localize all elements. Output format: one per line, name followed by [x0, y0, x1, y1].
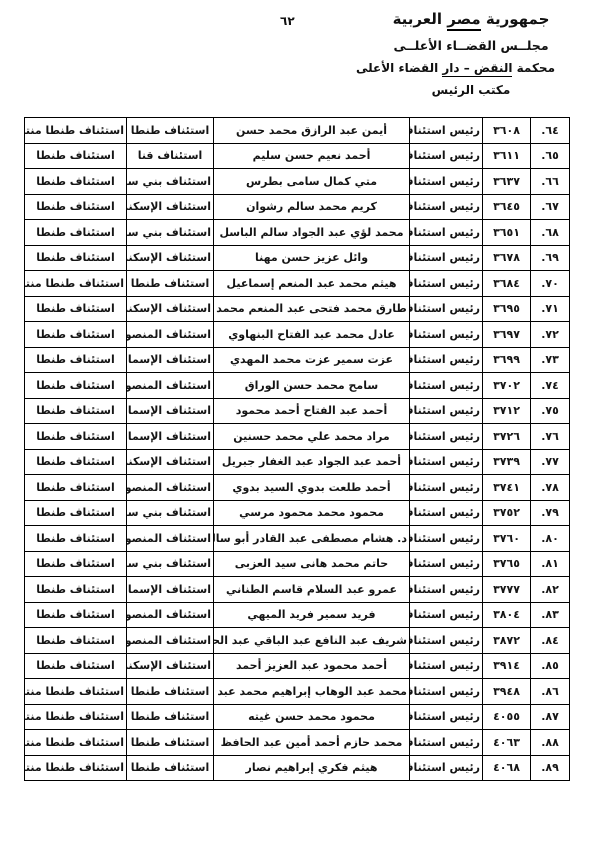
table-row: ٦٦. ٣٦٣٧ رئيس استئناف متي كمال سامى بطرس…: [25, 169, 570, 195]
assignment-cell: استئناف طنطا: [25, 169, 127, 195]
seniority-number-cell: ٣٦٠٨: [483, 118, 531, 144]
judge-name-cell: سامح محمد حسن الوراق: [214, 373, 410, 399]
assignment-cell: استئناف طنطا: [25, 296, 127, 322]
table-row: ٨٨. ٤٠٦٣ رئيس استئناف محمد حازم أحمد أمي…: [25, 730, 570, 756]
job-title-cell: رئيس استئناف: [410, 398, 483, 424]
serial-cell: ٧٧.: [531, 449, 570, 475]
seniority-number-cell: ٣٦٧٨: [483, 245, 531, 271]
office-title: مكتب الرئيس: [387, 83, 555, 97]
seniority-number-cell: ٤٠٥٥: [483, 704, 531, 730]
roster-table-body: ٦٤. ٣٦٠٨ رئيس استئناف أيمن عبد الرازق مح…: [25, 118, 570, 781]
assignment-cell: استئناف طنطا منتدب: [25, 755, 127, 781]
seniority-number-cell: ٤٠٦٨: [483, 755, 531, 781]
judge-name-cell: عزت سمير عزت محمد المهدي: [214, 347, 410, 373]
assignment-cell: استئناف طنطا: [25, 449, 127, 475]
seniority-number-cell: ٣٦٤٥: [483, 194, 531, 220]
job-title-cell: رئيس استئناف: [410, 653, 483, 679]
seniority-number-cell: ٣٧٣٩: [483, 449, 531, 475]
assignment-cell: استئناف طنطا: [25, 475, 127, 501]
seniority-number-cell: ٣٩١٤: [483, 653, 531, 679]
job-title-cell: رئيس استئناف: [410, 755, 483, 781]
original-court-cell: استئناف بني سويف: [127, 500, 214, 526]
job-title-cell: رئيس استئناف: [410, 628, 483, 654]
serial-cell: ٨١.: [531, 551, 570, 577]
document-page: ٦٢ جمهورية مصر العربية مجلــس القضــاء ا…: [0, 0, 595, 842]
original-court-cell: استئناف قنا: [127, 143, 214, 169]
original-court-cell: استئناف الإسكندرية: [127, 245, 214, 271]
table-row: ٨٧. ٤٠٥٥ رئيس استئناف محمود محمد حسن غيت…: [25, 704, 570, 730]
assignment-cell: استئناف طنطا: [25, 373, 127, 399]
page-number: ٦٢: [280, 14, 295, 28]
table-row: ٦٥. ٣٦١١ رئيس استئناف أحمد نعيم حسن سليم…: [25, 143, 570, 169]
seniority-number-cell: ٣٧٢٦: [483, 424, 531, 450]
original-court-cell: استئناف طنطا: [127, 704, 214, 730]
seniority-number-cell: ٣٧٧٧: [483, 577, 531, 603]
seniority-number-cell: ٣٦٨٤: [483, 271, 531, 297]
job-title-cell: رئيس استئناف: [410, 704, 483, 730]
serial-cell: ٨٧.: [531, 704, 570, 730]
original-court-cell: استئناف الإسكندرية: [127, 449, 214, 475]
original-court-cell: استئناف المنصورة: [127, 475, 214, 501]
table-row: ٨٥. ٣٩١٤ رئيس استئناف أحمد محمود عبد الع…: [25, 653, 570, 679]
judge-name-cell: محمود محمد محمود مرسي: [214, 500, 410, 526]
serial-cell: ٧٤.: [531, 373, 570, 399]
judge-name-cell: أحمد طلعت بدوي السيد بدوي: [214, 475, 410, 501]
table-row: ٨٠. ٣٧٦٠ رئيس استئناف د. هشام مصطفى عبد …: [25, 526, 570, 552]
serial-cell: ٨٥.: [531, 653, 570, 679]
serial-cell: ٦٧.: [531, 194, 570, 220]
seniority-number-cell: ٣٦٩٧: [483, 322, 531, 348]
judge-name-cell: أحمد عبد الفتاح أحمد محمود: [214, 398, 410, 424]
serial-cell: ٦٥.: [531, 143, 570, 169]
judge-name-cell: وائل عزيز حسن مهنا: [214, 245, 410, 271]
serial-cell: ٧٠.: [531, 271, 570, 297]
job-title-cell: رئيس استئناف: [410, 551, 483, 577]
serial-cell: ٨٩.: [531, 755, 570, 781]
serial-cell: ٧٩.: [531, 500, 570, 526]
serial-cell: ٧٨.: [531, 475, 570, 501]
serial-cell: ٨٨.: [531, 730, 570, 756]
seniority-number-cell: ٣٦٥١: [483, 220, 531, 246]
job-title-cell: رئيس استئناف: [410, 730, 483, 756]
table-row: ٦٧. ٣٦٤٥ رئيس استئناف كريم محمد سالم رشو…: [25, 194, 570, 220]
table-row: ٦٨. ٣٦٥١ رئيس استئناف محمد لؤي عبد الجوا…: [25, 220, 570, 246]
table-row: ٧٤. ٣٧٠٢ رئيس استئناف سامح محمد حسن الور…: [25, 373, 570, 399]
judges-roster-table: ٦٤. ٣٦٠٨ رئيس استئناف أيمن عبد الرازق مح…: [24, 117, 570, 781]
serial-cell: ٦٦.: [531, 169, 570, 195]
court-title-post: القضاء الأعلى: [356, 61, 442, 75]
serial-cell: ٧٢.: [531, 322, 570, 348]
assignment-cell: استئناف طنطا منتدب: [25, 730, 127, 756]
serial-cell: ٨٤.: [531, 628, 570, 654]
assignment-cell: استئناف طنطا: [25, 628, 127, 654]
serial-cell: ٧٣.: [531, 347, 570, 373]
seniority-number-cell: ٣٨٧٢: [483, 628, 531, 654]
assignment-cell: استئناف طنطا: [25, 245, 127, 271]
job-title-cell: رئيس استئناف: [410, 296, 483, 322]
original-court-cell: استئناف المنصورة: [127, 602, 214, 628]
table-row: ٨١. ٣٧٦٥ رئيس استئناف حاتم محمد هانى سيد…: [25, 551, 570, 577]
assignment-cell: استئناف طنطا منتدب: [25, 679, 127, 705]
assignment-cell: استئناف طنطا: [25, 194, 127, 220]
table-row: ٨٦. ٣٩٤٨ رئيس استئناف محمد عبد الوهاب إب…: [25, 679, 570, 705]
assignment-cell: استئناف طنطا: [25, 602, 127, 628]
original-court-cell: استئناف الإسماعيلية: [127, 398, 214, 424]
table-row: ٧١. ٣٦٩٥ رئيس استئناف طارق محمد فتحى عبد…: [25, 296, 570, 322]
original-court-cell: استئناف بني سويف: [127, 220, 214, 246]
seniority-number-cell: ٣٦٣٧: [483, 169, 531, 195]
table-row: ٧٦. ٣٧٢٦ رئيس استئناف مراد محمد علي محمد…: [25, 424, 570, 450]
original-court-cell: استئناف بني سويف: [127, 551, 214, 577]
republic-title-pre: جمهورية: [481, 10, 550, 28]
job-title-cell: رئيس استئناف: [410, 475, 483, 501]
original-court-cell: استئناف طنطا: [127, 730, 214, 756]
job-title-cell: رئيس استئناف: [410, 245, 483, 271]
assignment-cell: استئناف طنطا: [25, 551, 127, 577]
assignment-cell: استئناف طنطا منتدب: [25, 118, 127, 144]
seniority-number-cell: ٣٦١١: [483, 143, 531, 169]
table-row: ٧٩. ٣٧٥٢ رئيس استئناف محمود محمد محمود م…: [25, 500, 570, 526]
assignment-cell: استئناف طنطا: [25, 577, 127, 603]
republic-title: جمهورية مصر العربية: [387, 9, 555, 30]
table-row: ٦٩. ٣٦٧٨ رئيس استئناف وائل عزيز حسن مهنا…: [25, 245, 570, 271]
judge-name-cell: عادل محمد عبد الفتاح البنهاوي: [214, 322, 410, 348]
court-title: محكمة النقض – دار القضاء الأعلى: [387, 61, 555, 75]
table-row: ٧٣. ٣٦٩٩ رئيس استئناف عزت سمير عزت محمد …: [25, 347, 570, 373]
judge-name-cell: هيثم محمد عبد المنعم إسماعيل: [214, 271, 410, 297]
serial-cell: ٧١.: [531, 296, 570, 322]
assignment-cell: استئناف طنطا: [25, 424, 127, 450]
table-row: ٨٩. ٤٠٦٨ رئيس استئناف هيثم فكري إبراهيم …: [25, 755, 570, 781]
council-title: مجلــس القضــاء الأعلــى: [387, 38, 555, 53]
job-title-cell: رئيس استئناف: [410, 424, 483, 450]
judge-name-cell: أحمد عبد الجواد عبد الغفار جبريل: [214, 449, 410, 475]
table-row: ٨٢. ٣٧٧٧ رئيس استئناف عمرو عبد السلام قا…: [25, 577, 570, 603]
assignment-cell: استئناف طنطا: [25, 526, 127, 552]
original-court-cell: استئناف الإسماعيلية: [127, 424, 214, 450]
job-title-cell: رئيس استئناف: [410, 449, 483, 475]
assignment-cell: استئناف طنطا: [25, 143, 127, 169]
judge-name-cell: أحمد محمود عبد العزيز أحمد: [214, 653, 410, 679]
seniority-number-cell: ٣٨٠٤: [483, 602, 531, 628]
table-row: ٧٠. ٣٦٨٤ رئيس استئناف هيثم محمد عبد المن…: [25, 271, 570, 297]
serial-cell: ٨٦.: [531, 679, 570, 705]
judge-name-cell: أحمد نعيم حسن سليم: [214, 143, 410, 169]
judge-name-cell: محمود محمد حسن غيته: [214, 704, 410, 730]
table-row: ٦٤. ٣٦٠٨ رئيس استئناف أيمن عبد الرازق مح…: [25, 118, 570, 144]
original-court-cell: استئناف طنطا: [127, 679, 214, 705]
judge-name-cell: مراد محمد علي محمد حسنين: [214, 424, 410, 450]
judge-name-cell: فريد سمير فريد الميهي: [214, 602, 410, 628]
judge-name-cell: هيثم فكري إبراهيم نصار: [214, 755, 410, 781]
seniority-number-cell: ٣٧٦٥: [483, 551, 531, 577]
table-row: ٧٨. ٣٧٤١ رئيس استئناف أحمد طلعت بدوي الس…: [25, 475, 570, 501]
job-title-cell: رئيس استئناف: [410, 347, 483, 373]
job-title-cell: رئيس استئناف: [410, 169, 483, 195]
serial-cell: ٨٢.: [531, 577, 570, 603]
job-title-cell: رئيس استئناف: [410, 322, 483, 348]
job-title-cell: رئيس استئناف: [410, 500, 483, 526]
original-court-cell: استئناف الإسكندرية: [127, 653, 214, 679]
seniority-number-cell: ٣٧١٢: [483, 398, 531, 424]
original-court-cell: استئناف طنطا: [127, 755, 214, 781]
assignment-cell: استئناف طنطا: [25, 347, 127, 373]
job-title-cell: رئيس استئناف: [410, 679, 483, 705]
job-title-cell: رئيس استئناف: [410, 373, 483, 399]
original-court-cell: استئناف الإسماعيلية: [127, 347, 214, 373]
job-title-cell: رئيس استئناف: [410, 526, 483, 552]
table-row: ٧٢. ٣٦٩٧ رئيس استئناف عادل محمد عبد الفت…: [25, 322, 570, 348]
assignment-cell: استئناف طنطا منتدب: [25, 271, 127, 297]
original-court-cell: استئناف المنصورة: [127, 628, 214, 654]
judge-name-cell: محمد عبد الوهاب إبراهيم محمد عبد الوهاب: [214, 679, 410, 705]
judge-name-cell: شريف عبد النافع عبد الباقي عبد الحق: [214, 628, 410, 654]
serial-cell: ٦٩.: [531, 245, 570, 271]
job-title-cell: رئيس استئناف: [410, 194, 483, 220]
court-title-underlined: النقض – دار: [442, 61, 512, 77]
original-court-cell: استئناف بني سويف: [127, 169, 214, 195]
assignment-cell: استئناف طنطا منتدب: [25, 704, 127, 730]
serial-cell: ٨٣.: [531, 602, 570, 628]
judge-name-cell: طارق محمد فتحى عبد المنعم محمد: [214, 296, 410, 322]
court-title-pre: محكمة: [512, 61, 555, 75]
seniority-number-cell: ٣٧٥٢: [483, 500, 531, 526]
table-row: ٨٤. ٣٨٧٢ رئيس استئناف شريف عبد النافع عب…: [25, 628, 570, 654]
document-header: جمهورية مصر العربية مجلــس القضــاء الأع…: [387, 9, 555, 97]
table-row: ٨٣. ٣٨٠٤ رئيس استئناف فريد سمير فريد الم…: [25, 602, 570, 628]
seniority-number-cell: ٣٧٤١: [483, 475, 531, 501]
seniority-number-cell: ٣٦٩٥: [483, 296, 531, 322]
table-row: ٧٥. ٣٧١٢ رئيس استئناف أحمد عبد الفتاح أح…: [25, 398, 570, 424]
seniority-number-cell: ٣٧٠٢: [483, 373, 531, 399]
serial-cell: ٦٨.: [531, 220, 570, 246]
judge-name-cell: عمرو عبد السلام قاسم الطناني: [214, 577, 410, 603]
republic-title-underlined: مصر: [447, 10, 480, 31]
seniority-number-cell: ٣٩٤٨: [483, 679, 531, 705]
seniority-number-cell: ٤٠٦٣: [483, 730, 531, 756]
original-court-cell: استئناف المنصورة: [127, 526, 214, 552]
judge-name-cell: كريم محمد سالم رشوان: [214, 194, 410, 220]
assignment-cell: استئناف طنطا: [25, 500, 127, 526]
judge-name-cell: محمد لؤي عبد الجواد سالم الباسل: [214, 220, 410, 246]
judge-name-cell: أيمن عبد الرازق محمد حسن: [214, 118, 410, 144]
job-title-cell: رئيس استئناف: [410, 577, 483, 603]
job-title-cell: رئيس استئناف: [410, 602, 483, 628]
judge-name-cell: محمد حازم أحمد أمين عبد الحافظ: [214, 730, 410, 756]
original-court-cell: استئناف الإسماعيلية: [127, 577, 214, 603]
judge-name-cell: حاتم محمد هانى سيد العزبى: [214, 551, 410, 577]
original-court-cell: استئناف الإسكندرية: [127, 296, 214, 322]
assignment-cell: استئناف طنطا: [25, 653, 127, 679]
original-court-cell: استئناف طنطا: [127, 118, 214, 144]
job-title-cell: رئيس استئناف: [410, 220, 483, 246]
republic-title-post: العربية: [393, 10, 448, 28]
job-title-cell: رئيس استئناف: [410, 271, 483, 297]
table-row: ٧٧. ٣٧٣٩ رئيس استئناف أحمد عبد الجواد عب…: [25, 449, 570, 475]
assignment-cell: استئناف طنطا: [25, 322, 127, 348]
judge-name-cell: د. هشام مصطفى عبد القادر أبو سالم: [214, 526, 410, 552]
original-court-cell: استئناف الإسكندرية: [127, 194, 214, 220]
original-court-cell: استئناف المنصورة: [127, 322, 214, 348]
assignment-cell: استئناف طنطا: [25, 220, 127, 246]
seniority-number-cell: ٣٦٩٩: [483, 347, 531, 373]
assignment-cell: استئناف طنطا: [25, 398, 127, 424]
serial-cell: ٧٦.: [531, 424, 570, 450]
serial-cell: ٨٠.: [531, 526, 570, 552]
serial-cell: ٧٥.: [531, 398, 570, 424]
original-court-cell: استئناف طنطا: [127, 271, 214, 297]
original-court-cell: استئناف المنصورة: [127, 373, 214, 399]
job-title-cell: رئيس استئناف: [410, 143, 483, 169]
serial-cell: ٦٤.: [531, 118, 570, 144]
seniority-number-cell: ٣٧٦٠: [483, 526, 531, 552]
job-title-cell: رئيس استئناف: [410, 118, 483, 144]
judge-name-cell: متي كمال سامى بطرس: [214, 169, 410, 195]
